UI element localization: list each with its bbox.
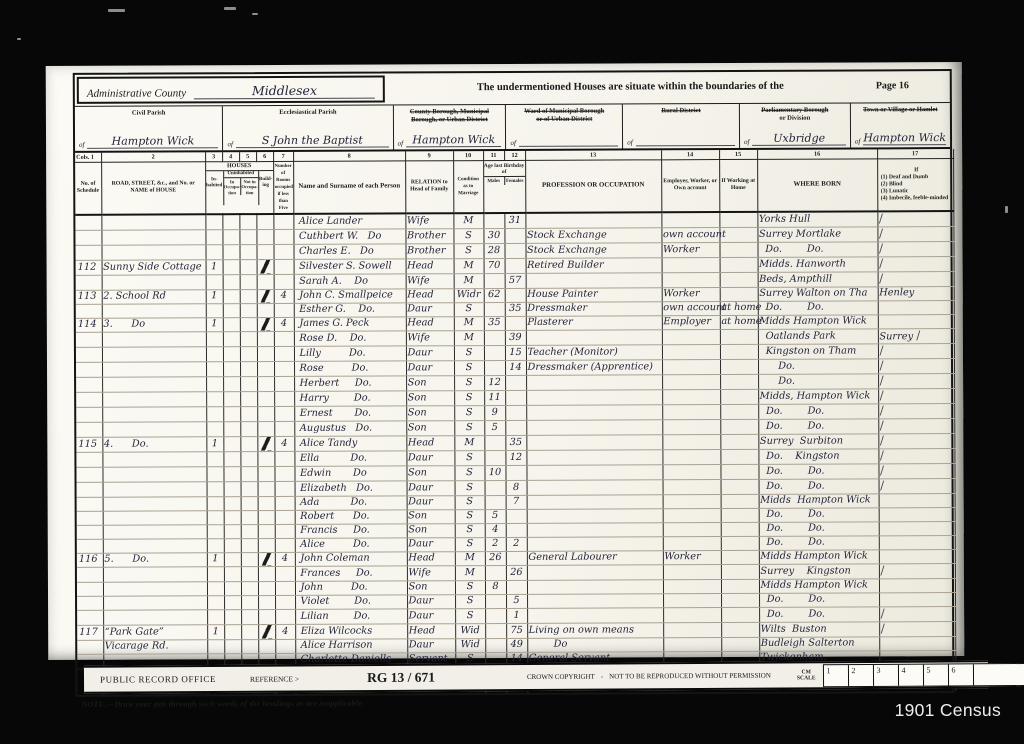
cell-condition: M (453, 213, 483, 229)
ruler-cell: 1 (823, 665, 848, 686)
cell-inhabited (207, 496, 224, 510)
cell-employer (662, 434, 720, 449)
cell-employer (662, 272, 720, 287)
cell-building (257, 346, 274, 361)
cell-rooms (274, 466, 294, 481)
cell-schedule (77, 610, 103, 625)
cell-where-born: Midds Hampton Wick (759, 550, 879, 565)
cell-building (258, 624, 275, 639)
cell-name: Rose Do. (294, 361, 406, 376)
cell-uninhabited-in-occupation (224, 581, 241, 595)
cell-occupation: Do (527, 637, 663, 652)
cell-where-born: Do. Do. (759, 508, 879, 523)
cell-uninhabited-not-occupation (241, 510, 258, 524)
cell-inhabited (207, 595, 224, 609)
cell-employer: Employer (662, 315, 720, 329)
cell-relation: Wife (405, 213, 453, 229)
cell-building (257, 274, 274, 289)
census-form: Administrative County Middlesex The unde… (73, 69, 955, 697)
cell-at-home (720, 272, 758, 287)
cell-condition: S (454, 450, 484, 465)
cell-infirmity: ∕ (877, 241, 953, 256)
cell-condition: M (454, 435, 484, 450)
cell-name: Elizabeth Do. (295, 481, 407, 496)
cell-name: Francis Do. (295, 524, 407, 538)
cell-uninhabited-in-occupation (223, 317, 240, 331)
cell-at-home (721, 550, 759, 564)
cell-address (101, 244, 205, 259)
cell-rooms (274, 391, 294, 406)
cell-age-female: 35 (505, 302, 526, 316)
column-number: 14 (661, 150, 719, 160)
cell-condition: S (455, 594, 485, 608)
cell-occupation (526, 329, 662, 345)
cell-uninhabited-not-occupation (240, 421, 257, 436)
ruler-cell (973, 663, 1024, 684)
cell-employer (662, 464, 720, 479)
cell-age-female: 15 (505, 345, 526, 360)
cell-employer (663, 622, 721, 637)
cell-at-home (720, 344, 758, 359)
census-watermark: 1901 Census (895, 700, 1001, 721)
geo-cell: Rural Districtof (623, 104, 740, 149)
header-males: Males (484, 177, 505, 185)
geo-label: Rural District (627, 107, 735, 115)
cell-inhabited: 1 (206, 289, 223, 303)
pro-reference-bar: PUBLIC RECORD OFFICE REFERENCE > RG 13 /… (84, 660, 988, 694)
ruler-cell: 4 (898, 664, 923, 685)
cell-rooms (274, 361, 294, 376)
cell-name: Alice Do. (295, 538, 407, 552)
geo-of: of (227, 140, 232, 148)
cell-rooms (273, 244, 293, 259)
cell-condition: S (455, 495, 485, 509)
cell-address (102, 361, 206, 376)
cell-relation: Daur (407, 608, 455, 623)
cell-employer (661, 212, 719, 228)
cell-schedule (76, 347, 102, 362)
cell-uninhabited-not-occupation (241, 609, 258, 624)
cell-schedule (77, 596, 103, 610)
cell-rooms (274, 421, 294, 436)
cell-where-born: Surrey Mortlake (757, 227, 877, 243)
cell-age-male (484, 302, 505, 316)
cell-uninhabited-in-occupation (224, 639, 241, 653)
cell-where-born: Do. (758, 374, 878, 390)
cell-occupation (526, 464, 662, 480)
cell-condition: M (454, 258, 484, 273)
cell-uninhabited-in-occupation (224, 609, 241, 624)
cell-rooms (275, 496, 295, 510)
cell-schedule (77, 582, 103, 596)
cell-condition: S (455, 580, 485, 594)
cell-occupation: Living on own means (527, 622, 663, 638)
cell-inhabited: 1 (206, 436, 223, 451)
reference-number: RG 13 / 671 (367, 670, 435, 686)
scan-speck (17, 38, 21, 40)
cell-occupation (526, 434, 662, 450)
cell-rooms (275, 639, 295, 653)
cell-address (102, 451, 206, 466)
cell-uninhabited-not-occupation (241, 581, 258, 595)
cell-uninhabited-in-occupation (224, 496, 241, 510)
cell-name: James G. Peck (294, 317, 406, 331)
cell-schedule: 112 (76, 260, 102, 275)
cell-inhabited (207, 538, 224, 552)
cell-occupation: Plasterer (526, 315, 662, 330)
cell-uninhabited-in-occupation (223, 466, 240, 481)
administrative-county-value: Middlesex (194, 83, 375, 100)
cell-age-male: 12 (484, 375, 505, 390)
column-number: 15 (719, 150, 757, 160)
cell-age-female: 57 (505, 273, 526, 288)
cell-infirmity: ∕ (879, 563, 955, 578)
cell-age-female (505, 390, 526, 405)
cell-where-born: Midds. Hanworth (758, 257, 878, 273)
cell-occupation (527, 593, 663, 608)
cell-employer: own account (661, 227, 719, 242)
cell-uninhabited-in-occupation (223, 421, 240, 436)
cell-infirmity: ∕ (878, 271, 954, 286)
cell-uninhabited-in-occupation (222, 244, 239, 259)
cell-uninhabited-not-occupation (241, 595, 258, 609)
cell-name: Ada Do. (295, 496, 407, 510)
cell-building (257, 466, 274, 481)
cell-inhabited (206, 331, 223, 346)
cell-inhabited: 1 (207, 552, 224, 566)
cell-at-home (721, 536, 759, 550)
cell-inhabited (206, 376, 223, 391)
cell-occupation (527, 564, 663, 580)
cell-at-home (720, 374, 758, 389)
cell-address (103, 481, 207, 496)
cell-at-home (721, 508, 759, 522)
cell-address: 3. Do (102, 317, 206, 331)
cell-building (256, 244, 273, 259)
cell-uninhabited-not-occupation (239, 229, 256, 244)
cell-employer: Worker (662, 287, 720, 301)
column-number: 8 (293, 151, 405, 161)
cell-name: Herbert Do. (294, 376, 406, 391)
geo-of: of (855, 137, 860, 145)
cell-name: Harry Do. (294, 391, 406, 406)
geo-value: Hampton Wick (87, 134, 218, 149)
cell-occupation: Dressmaker (Apprentice) (526, 359, 662, 375)
cell-employer: Worker (661, 242, 719, 257)
cell-name: Alice Lander (293, 213, 405, 229)
cell-condition: S (455, 480, 485, 495)
cell-name: Violet Do. (295, 595, 407, 609)
cell-where-born: Do. Do. (758, 301, 878, 316)
cell-uninhabited-not-occupation (239, 214, 256, 230)
cell-where-born: Do. Kingston (758, 449, 878, 465)
cell-age-female: 7 (506, 495, 527, 509)
cell-building (258, 496, 275, 510)
cell-address (102, 466, 206, 481)
cell-schedule (76, 377, 102, 392)
cell-condition: S (453, 228, 483, 243)
cell-age-male: 70 (484, 258, 505, 273)
cell-condition: S (454, 360, 484, 375)
cell-building (258, 566, 275, 581)
cell-age-female: 26 (506, 565, 527, 580)
cell-condition: S (455, 608, 485, 623)
cell-infirmity: ∕ (878, 403, 954, 418)
cell-age-female (505, 420, 526, 435)
cell-uninhabited-not-occupation (240, 303, 257, 317)
cell-inhabited (206, 361, 223, 376)
cell-building (258, 510, 275, 524)
cell-inhabited: 1 (207, 624, 224, 639)
cell-rooms: 4 (274, 317, 294, 331)
cell-employer (662, 257, 720, 272)
cell-schedule (75, 214, 101, 230)
cell-building (257, 376, 274, 391)
cell-infirmity (879, 592, 955, 606)
column-number: 3 (205, 152, 222, 162)
cell-infirmity: ∕ (878, 433, 954, 448)
cell-uninhabited-in-occupation (223, 331, 240, 346)
cell-relation: Head (406, 288, 454, 302)
header-profession: PROFESSION OR OCCUPATION (525, 160, 661, 213)
geo-label: Ecclesiastical Parish (227, 109, 388, 118)
cell-employer (662, 359, 720, 374)
cell-relation: Daur (406, 302, 454, 316)
cell-building (256, 214, 273, 230)
cell-inhabited (207, 609, 224, 624)
cell-schedule (76, 422, 102, 437)
header-schedule: No. of Schedule (75, 162, 101, 214)
cell-age-male (485, 565, 506, 580)
cell-schedule (76, 304, 102, 318)
cell-uninhabited-not-occupation (240, 376, 257, 391)
cell-where-born: Do. Do. (759, 479, 879, 495)
cell-name: John C. Smallpeice (294, 289, 406, 303)
cell-where-born: Budleigh Salterton (759, 637, 879, 652)
cell-infirmity (879, 578, 955, 592)
cell-relation: Wife (406, 273, 454, 288)
cell-condition: S (455, 523, 485, 537)
cell-building (258, 609, 275, 624)
cell-at-home (719, 212, 757, 228)
cell-name: Augustus Do. (294, 421, 406, 436)
geo-label: Ward of Municipal Boroughor of Urban Dis… (510, 108, 618, 124)
cell-building (258, 639, 275, 653)
cell-uninhabited-in-occupation (224, 552, 241, 566)
cell-occupation: House Painter (526, 287, 662, 302)
column-number: Cols. 1 (75, 153, 101, 163)
geography-strip: Civil ParishofHampton WickEcclesiastical… (75, 103, 950, 153)
cell-infirmity: ∕ (879, 621, 955, 636)
cell-uninhabited-not-occupation (240, 317, 257, 331)
cell-condition: Wid (455, 638, 485, 652)
column-number: 6 (256, 152, 273, 162)
cell-at-home (720, 464, 758, 479)
cell-age-male: 30 (483, 228, 504, 243)
cell-at-home (721, 579, 759, 593)
cell-uninhabited-in-occupation (222, 229, 239, 244)
cell-where-born: Do. (758, 359, 878, 375)
form-footnote: NOTE.—Draw your pen through such words o… (75, 693, 954, 709)
cell-occupation (527, 607, 663, 623)
cell-infirmity (878, 300, 954, 314)
cell-employer (663, 607, 721, 622)
cell-employer (662, 404, 720, 419)
cell-where-born: Do. Do. (758, 419, 878, 435)
column-number: 12 (504, 151, 525, 161)
cell-uninhabited-not-occupation (240, 406, 257, 421)
cell-occupation (526, 449, 662, 465)
cell-at-home (720, 257, 758, 272)
cell-condition: S (454, 405, 484, 420)
cell-age-male (485, 608, 506, 623)
cell-schedule (77, 640, 103, 654)
cell-occupation (526, 374, 662, 390)
cell-age-female: 8 (506, 480, 527, 495)
cell-where-born: Surrey Walton on Tha (758, 287, 878, 302)
cell-relation: Wife (407, 565, 455, 580)
cell-rooms (274, 303, 294, 317)
cell-where-born: Midds, Hampton Wick (758, 389, 878, 405)
cell-age-male (484, 273, 505, 288)
census-sheet: Administrative County Middlesex The unde… (46, 62, 965, 660)
cell-where-born: Do. Do. (757, 242, 877, 258)
cell-occupation (525, 212, 661, 228)
cell-building (257, 317, 274, 331)
cell-age-male: 8 (485, 580, 506, 594)
cell-rooms (274, 406, 294, 421)
cell-age-male (485, 495, 506, 509)
geo-cell: Civil ParishofHampton Wick (75, 106, 224, 151)
cell-name: Ernest Do. (294, 406, 406, 421)
census-table: Cols. 1234567891011121314151617 No. of S… (75, 149, 956, 694)
cell-condition: S (454, 390, 484, 405)
cell-where-born: Surrey Surbiton (758, 434, 878, 450)
cell-employer (663, 593, 721, 607)
cell-building (257, 451, 274, 466)
cell-building (257, 361, 274, 376)
copyright-dash: - (601, 673, 603, 681)
cell-relation: Brother (405, 228, 453, 243)
header-building: Build-ing (259, 171, 273, 205)
cell-age-female: 12 (505, 450, 526, 465)
cell-infirmity: ∕ (878, 388, 954, 403)
cell-age-male (485, 638, 506, 652)
cell-at-home: at home (720, 315, 758, 329)
cell-employer: Worker (663, 550, 721, 564)
cell-age-female (505, 375, 526, 390)
cell-age-female (505, 465, 526, 480)
cell-age-female (506, 523, 527, 537)
cell-uninhabited-not-occupation (240, 289, 257, 303)
cell-inhabited (206, 346, 223, 361)
cell-rooms (274, 451, 294, 466)
cell-relation: Son (407, 509, 455, 523)
cell-name: Lilly Do. (294, 346, 406, 361)
reproduction-notice: NOT TO BE REPRODUCED WITHOUT PERMISSION (609, 672, 771, 681)
cell-uninhabited-in-occupation (224, 595, 241, 609)
cell-relation: Son (406, 420, 454, 435)
geo-of: of (510, 139, 515, 147)
cell-inhabited (205, 244, 222, 259)
cell-uninhabited-not-occupation (240, 391, 257, 406)
geo-value: Hampton Wick (406, 133, 501, 147)
cell-inhabited (207, 566, 224, 581)
cell-building (257, 289, 274, 303)
census-rows: Alice LanderWifeM31Yorks Hull∕Cuthbert W… (75, 211, 955, 669)
cell-at-home (720, 419, 758, 434)
cell-address (101, 229, 205, 244)
cell-uninhabited-in-occupation (224, 510, 241, 524)
cell-uninhabited-in-occupation (224, 566, 241, 581)
cell-inhabited (207, 510, 224, 524)
cell-uninhabited-in-occupation (223, 391, 240, 406)
column-number: 9 (405, 151, 453, 161)
header-at-home: If Working at Home (719, 159, 757, 211)
geo-of: of (79, 141, 84, 149)
cell-building (258, 552, 275, 566)
cell-relation: Son (407, 523, 455, 537)
cell-address (103, 538, 207, 552)
cell-relation: Son (406, 375, 454, 390)
cell-age-female (506, 509, 527, 523)
cell-condition: S (454, 465, 484, 480)
cell-condition: Wid (455, 623, 485, 638)
cell-infirmity (879, 521, 955, 535)
cell-address (102, 303, 206, 317)
cell-relation: Daur (407, 638, 455, 652)
cell-at-home (720, 434, 758, 449)
cell-uninhabited-not-occupation (240, 259, 257, 274)
cell-occupation (526, 272, 662, 288)
cell-employer: own account (662, 301, 720, 315)
cell-uninhabited-in-occupation (223, 361, 240, 376)
cell-infirmity: ∕ (878, 448, 954, 463)
cell-relation: Son (406, 405, 454, 420)
cell-name: Ella Do. (294, 451, 406, 466)
cell-address (102, 391, 206, 406)
header-houses: HOUSES In-habited Uninhabited In Occupa-… (205, 162, 273, 214)
cell-where-born: Yorks Hull (757, 211, 877, 227)
cell-uninhabited-in-occupation (222, 214, 239, 230)
ruler-cell: 6 (948, 664, 973, 685)
cell-rooms: 4 (275, 624, 295, 639)
cell-uninhabited-in-occupation (223, 346, 240, 361)
cell-where-born: Wilts Buston (759, 622, 879, 638)
header-females: Females (505, 177, 525, 185)
cell-schedule (77, 539, 103, 553)
cell-employer (663, 536, 721, 550)
cell-infirmity (879, 493, 955, 507)
cell-infirmity: ∕ (878, 373, 954, 388)
cell-employer (662, 344, 720, 359)
cell-address (103, 566, 207, 581)
cell-uninhabited-in-occupation (223, 436, 240, 451)
cell-uninhabited-not-occupation (241, 552, 258, 566)
column-number: 7 (273, 152, 293, 162)
cell-occupation (526, 404, 662, 420)
cell-infirmity: ∕ (878, 463, 954, 478)
ruler-cell: 5 (923, 664, 948, 685)
cell-at-home (719, 242, 757, 257)
cell-where-born: Do. Do. (759, 522, 879, 537)
geo-of: of (744, 138, 749, 146)
cell-age-female: 14 (505, 360, 526, 375)
cell-at-home (721, 479, 759, 494)
cell-infirmity (878, 314, 954, 328)
header-condition: Condition as to Marriage (453, 161, 483, 213)
administrative-county-label: Administrative County (87, 87, 186, 99)
